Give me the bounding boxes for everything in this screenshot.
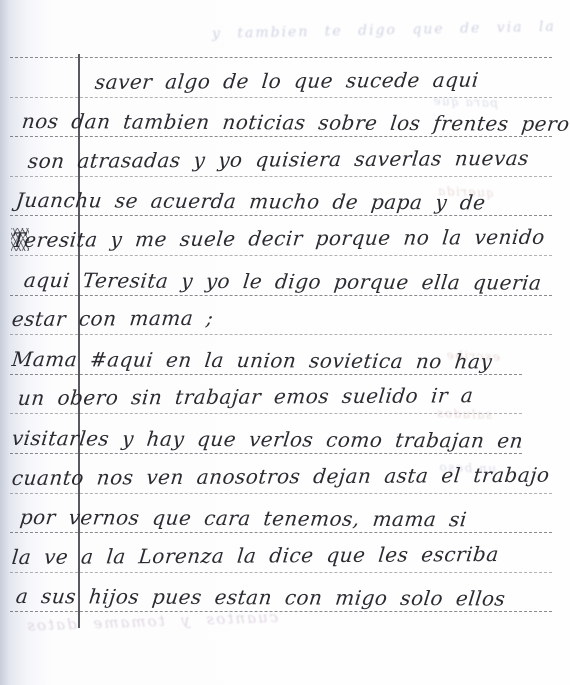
handwritten-line: nos dan tambien noticias sobre los frent…: [20, 106, 570, 139]
bleed-through-text: y tambien te digo que de via la peligua …: [212, 16, 570, 42]
handwritten-line: Teresita y me suele decir porque no la v…: [11, 222, 547, 255]
letter-page: y tambien te digo que de via la peligua …: [0, 0, 570, 685]
ruled-line: [10, 493, 552, 494]
handwritten-line: un obero sin trabajar emos suelido ir a: [17, 380, 475, 413]
handwritten-line: por vernos que cara tenemos, mama si: [18, 502, 468, 534]
ruled-line: [10, 57, 552, 58]
handwritten-line: aqui Teresita y yo le digo porque ella q…: [22, 265, 543, 298]
ruled-line: [10, 334, 552, 335]
handwritten-line: visitarles y hay que verlos como trabaja…: [10, 423, 524, 456]
handwritten-line: la ve a la Lorenza la dice que les escri…: [11, 539, 501, 572]
ink-scribble: [11, 228, 29, 251]
ruled-line: [10, 255, 552, 256]
handwritten-line: estar con mama ;: [11, 303, 215, 334]
handwritten-line: a sus hijos pues estan con migo solo ell…: [14, 581, 507, 614]
handwritten-line: Juanchu se acuerda mucho de papa y de: [14, 185, 487, 217]
handwritten-line: Mama #aqui en la union sovietica no hay: [10, 344, 494, 377]
handwritten-line: cuanto nos ven anosotros dejan asta el t…: [11, 460, 552, 493]
ruled-line: [10, 176, 552, 177]
handwritten-line: saver algo de lo que sucede aqui: [94, 65, 481, 97]
handwritten-line: son atrasadas y yo quisiera saverlas nue…: [27, 143, 531, 176]
ruled-line: [10, 572, 552, 573]
